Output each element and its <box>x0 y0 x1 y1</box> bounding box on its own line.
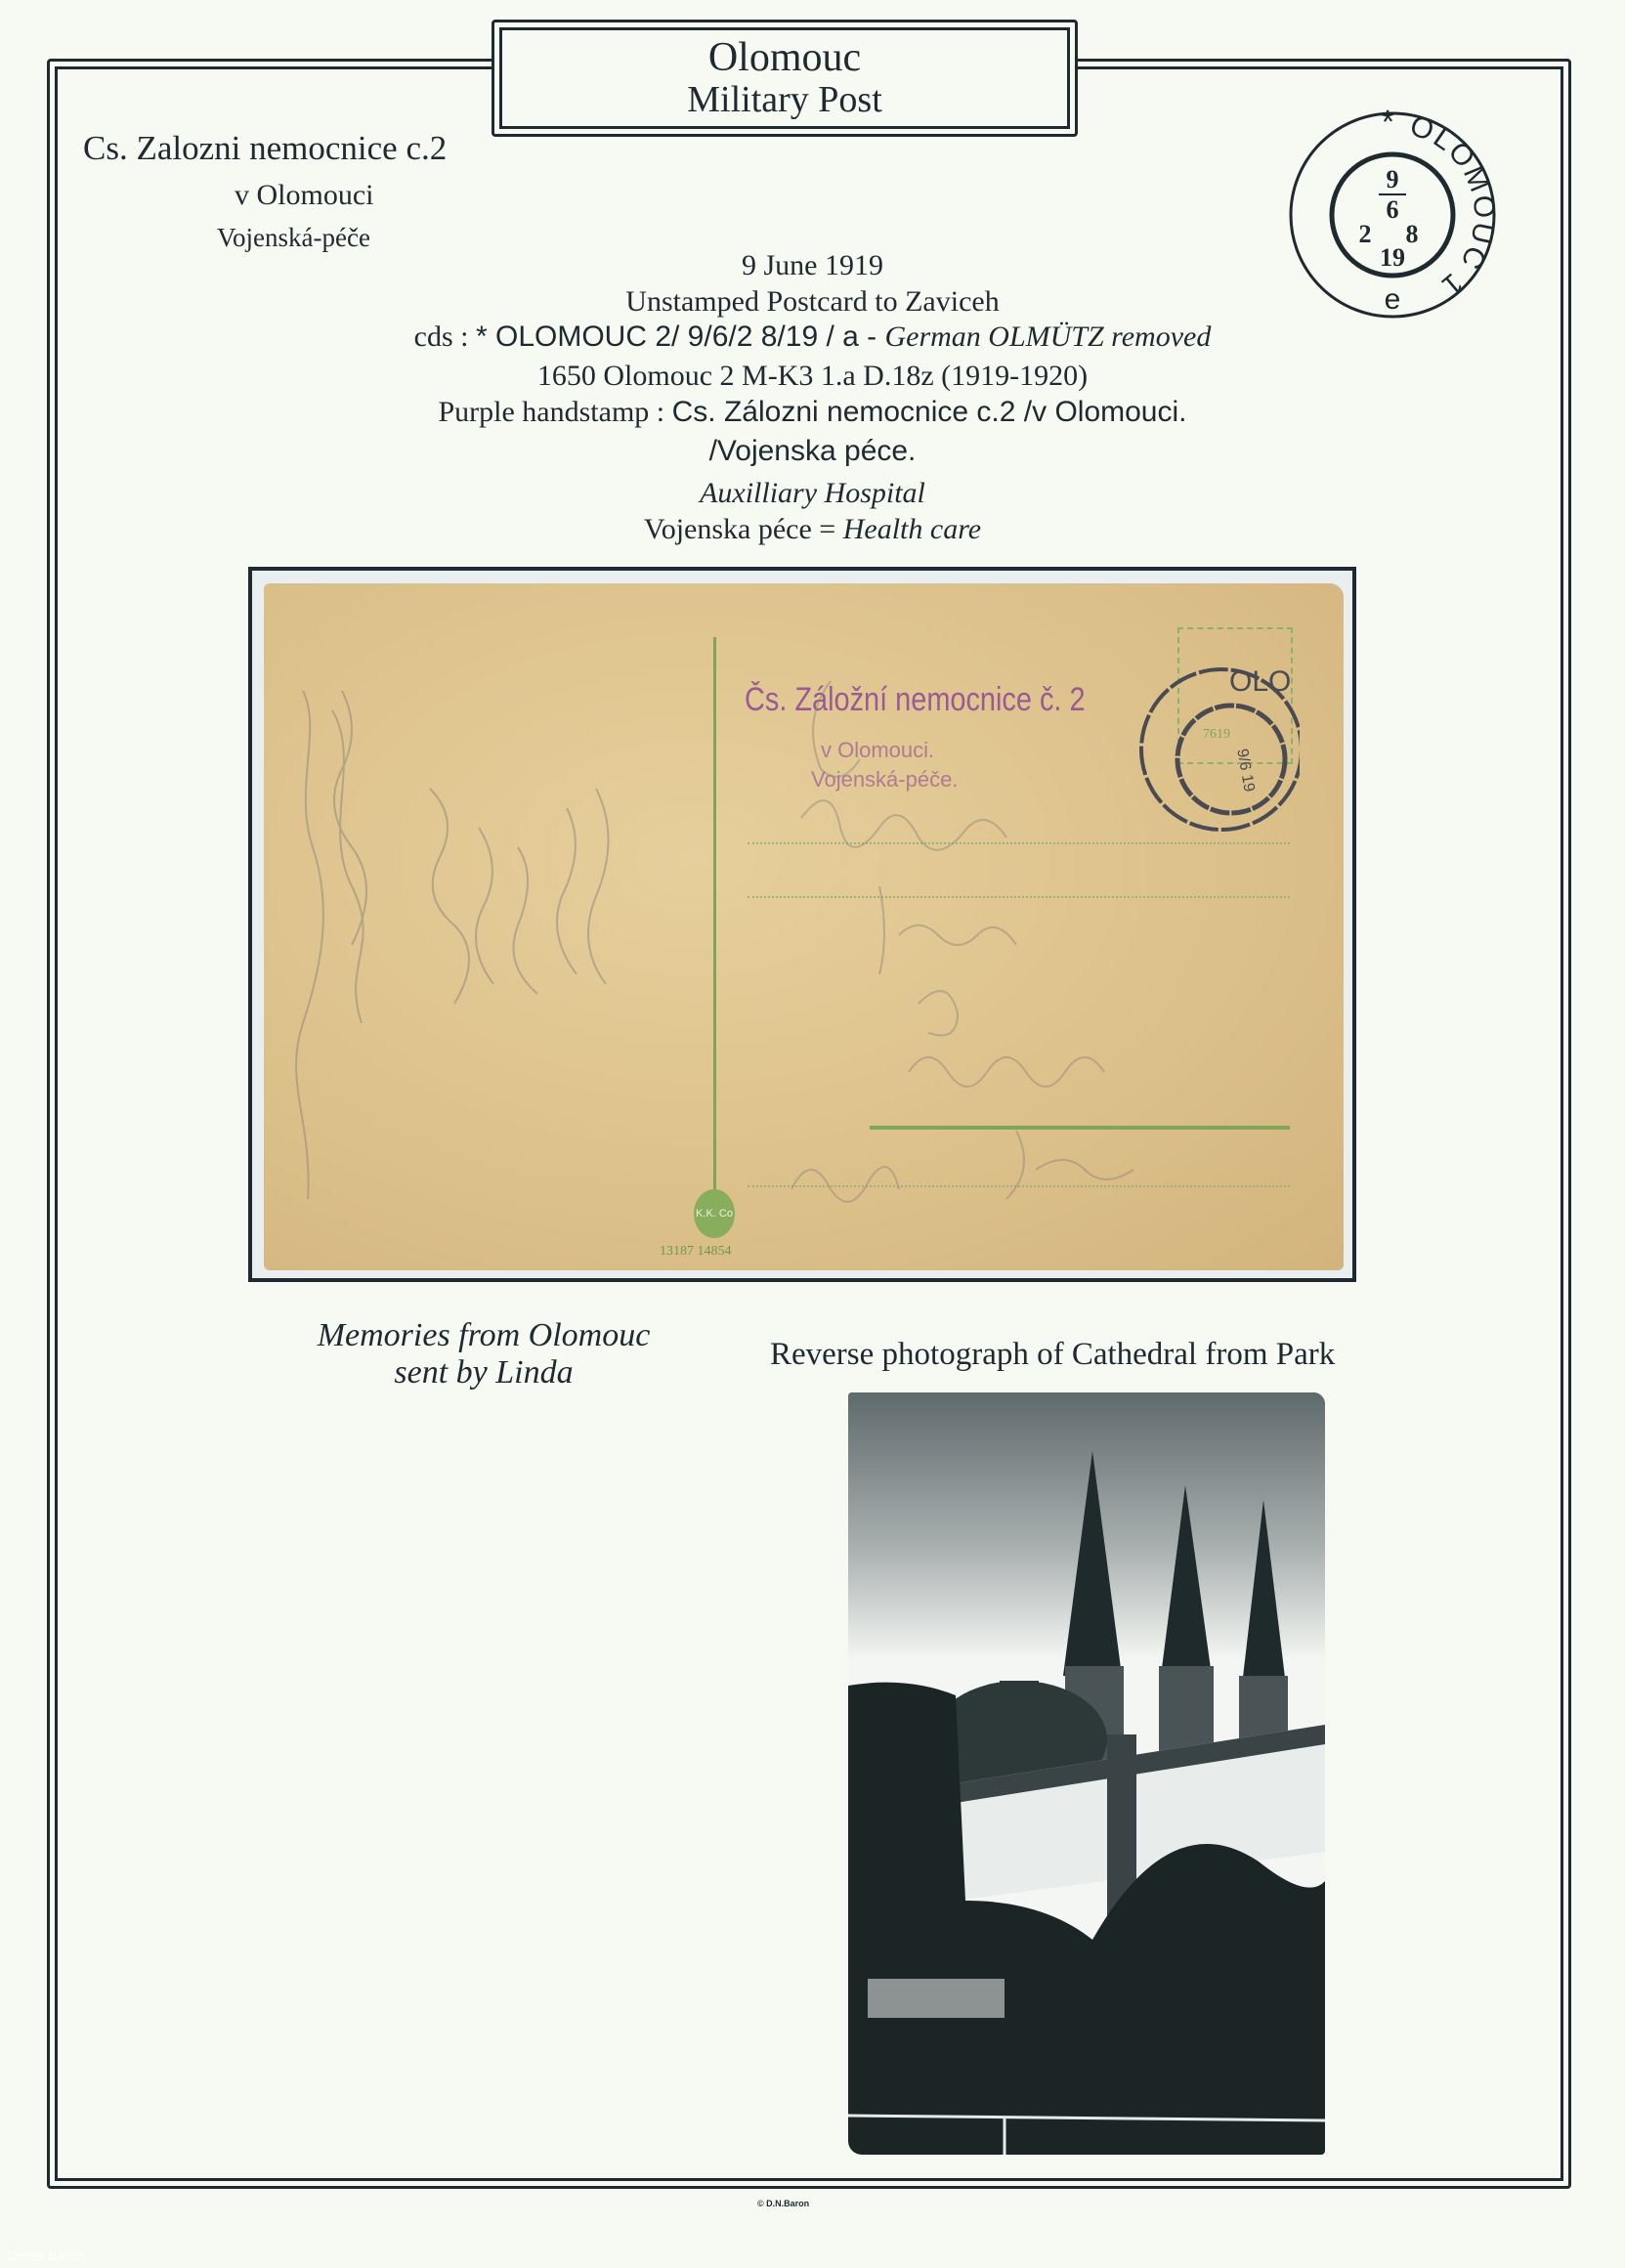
desc-item: Unstamped Postcard to Zaviceh <box>0 285 1625 319</box>
desc-date: 9 June 1919 <box>0 249 1625 282</box>
desc-translation2: Vojenska péce = Health care <box>0 513 1625 546</box>
printer-logo-text: K.K. Co <box>694 1207 735 1220</box>
watermark: Derek Baron <box>8 2247 85 2263</box>
handwritten-message <box>283 671 655 1219</box>
page-subtitle: Military Post <box>687 79 882 120</box>
cds-star: * <box>1381 107 1395 141</box>
heading-hospital: Cs. Zalozni nemocnice c.2 <box>83 129 447 168</box>
desc-translation1: Auxilliary Hospital <box>0 477 1625 510</box>
desc-cds: cds : * OLOMOUC 2/ 9/6/2 8/19 / a - Germ… <box>0 321 1625 354</box>
desc-catalog: 1650 Olomouc 2 M-K3 1.a D.18z (1919-1920… <box>0 360 1625 393</box>
cathedral-photograph <box>848 1392 1325 2155</box>
printer-numbers: 13187 14854 <box>660 1244 732 1260</box>
svg-text:2: 2 <box>1359 220 1372 248</box>
postcard-divider-line <box>713 637 716 1202</box>
svg-text:9: 9 <box>1387 165 1399 193</box>
page-title: Olomouc <box>708 36 861 79</box>
handwritten-address <box>772 662 1212 1248</box>
desc-handstamp-value: Cs. Zálozni nemocnice c.2 /v Olomouci. <box>672 396 1187 428</box>
svg-text:8: 8 <box>1406 220 1419 248</box>
desc-handstamp-prefix: Purple handstamp : <box>438 396 671 428</box>
printer-logo: K.K. Co <box>694 1189 735 1238</box>
title-box-inner: Olomouc Military Post <box>499 27 1070 129</box>
desc-translation2-value: Health care <box>843 513 981 545</box>
caption-photo: Reverse photograph of Cathedral from Par… <box>770 1337 1335 1373</box>
desc-handstamp-line2: /Vojenska péce. <box>0 435 1625 468</box>
svg-text:OLO: OLO <box>1229 665 1291 698</box>
desc-handstamp: Purple handstamp : Cs. Zálozni nemocnice… <box>0 396 1625 429</box>
desc-cds-note: German OLMÜTZ removed <box>884 321 1211 353</box>
desc-cds-value: * OLOMOUC 2/ 9/6/2 8/19 / a - <box>476 321 885 353</box>
caption-memories-line2: sent by Linda <box>264 1354 704 1391</box>
caption-memories-line1: Memories from Olomouc <box>264 1317 704 1354</box>
caption-memories: Memories from Olomouc sent by Linda <box>264 1317 704 1391</box>
title-box: Olomouc Military Post <box>492 20 1078 137</box>
cathedral-illustration <box>848 1392 1325 2155</box>
copyright-notice: © D.N.Baron <box>757 2199 809 2208</box>
heading-town: v Olomouci <box>235 179 374 212</box>
svg-text:6: 6 <box>1387 195 1399 224</box>
desc-cds-prefix: cds : <box>414 321 476 353</box>
postcard: 7619 Čs. Záložní nemocnice č. 2 v Olomou… <box>264 583 1344 1270</box>
desc-translation2-prefix: Vojenska péce = <box>644 513 843 545</box>
svg-text:9/6 19: 9/6 19 <box>1233 748 1257 793</box>
